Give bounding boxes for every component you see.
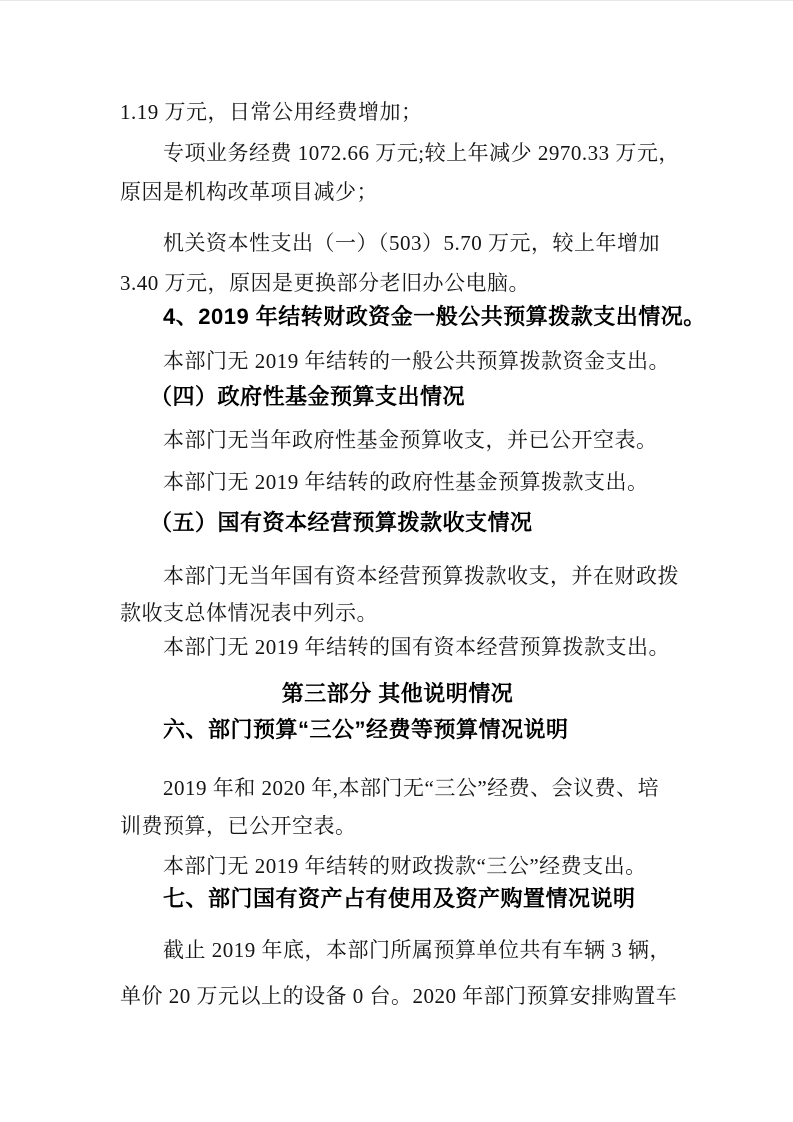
body-line-no-carryover-public: 本部门无 2019 年结转的一般公共预算拨款资金支出。 [163, 341, 670, 381]
body-line-assets-1: 截止 2019 年底，本部门所属预算单位共有车辆 3 辆， [163, 930, 671, 970]
heading-section-4-gov-fund: （四）政府性基金预算支出情况 [150, 377, 465, 417]
heading-item-7-state-assets: 七、部门国有资产占有使用及资产购置情况说明 [163, 879, 636, 919]
heading-item-4-carryover: 4、2019 年结转财政资金一般公共预算拨款支出情况。 [163, 297, 706, 337]
document-page: 1.19 万元，日常公用经费增加； 专项业务经费 1072.66 万元;较上年减… [0, 0, 793, 1122]
part-3-title: 第三部分 其他说明情况 [120, 674, 675, 714]
body-line-assets-2: 单价 20 万元以上的设备 0 台。2020 年部门预算安排购置车 [120, 976, 677, 1016]
body-line-three-public-1: 2019 年和 2020 年,本部门无“三公”经费、会议费、培 [163, 768, 659, 808]
body-line-no-gov-fund-carryover: 本部门无 2019 年结转的政府性基金预算拨款支出。 [163, 462, 649, 502]
body-line-daily-expense: 1.19 万元，日常公用经费增加； [120, 92, 423, 132]
body-line-no-state-capital-carryover: 本部门无 2019 年结转的国有资本经营预算拨款支出。 [163, 627, 670, 667]
body-line-state-capital-1: 本部门无当年国有资本经营预算拨款收支，并在财政拨 [163, 556, 679, 596]
body-line-three-public-2: 训费预算，已公开空表。 [120, 806, 357, 846]
page-top-edge [0, 0, 793, 1]
body-line-special-funds-1: 专项业务经费 1072.66 万元;较上年减少 2970.33 万元， [163, 133, 680, 173]
heading-section-5-state-capital: （五）国有资本经营预算拨款收支情况 [150, 503, 533, 543]
body-line-no-gov-fund-budget: 本部门无当年政府性基金预算收支，并已公开空表。 [163, 420, 658, 460]
heading-item-6-three-public: 六、部门预算“三公”经费等预算情况说明 [163, 710, 569, 750]
body-line-capital-expense-1: 机关资本性支出（一）（503）5.70 万元，较上年增加 [163, 223, 660, 263]
body-line-special-funds-2: 原因是机构改革项目减少； [120, 172, 378, 212]
